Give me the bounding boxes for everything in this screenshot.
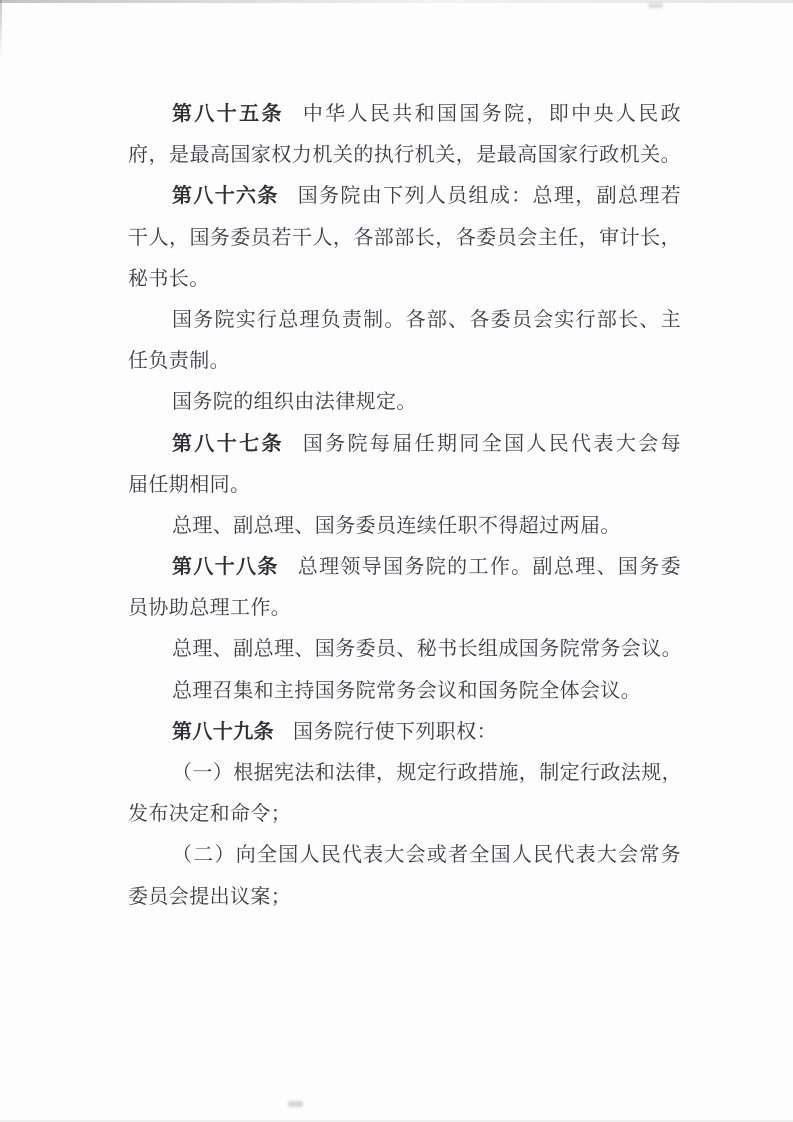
- text-line: 第八十九条国务院行使下列职权：: [128, 712, 681, 753]
- line-text: 干人，国务委员若干人，各部部长，各委员会主任，审计长，: [128, 227, 681, 249]
- scan-edge-top: [0, 0, 793, 3]
- text-line: 委员会提出议案；: [128, 877, 681, 918]
- line-text: 国务院实行总理负责制。各部、各委员会实行部长、主: [172, 309, 681, 331]
- article-number: 第八十六条: [172, 185, 279, 207]
- text-line: （一）根据宪法和法律，规定行政措施，制定行政法规，: [128, 753, 681, 794]
- article-number: 第八十七条: [172, 433, 284, 455]
- line-text: 国务院的组织由法律规定。: [172, 391, 417, 413]
- article-number: 第八十九条: [172, 721, 274, 743]
- text-line: 第八十七条国务院每届任期同全国人民代表大会每: [128, 424, 681, 465]
- line-text: 发布决定和命令；: [128, 803, 291, 825]
- text-line: 秘书长。: [128, 259, 681, 300]
- document-page: 第八十五条中华人民共和国国务院，即中央人民政 府，是最高国家权力机关的执行机关，…: [0, 0, 793, 1122]
- text-line: 任负责制。: [128, 341, 681, 382]
- article-number: 第八十五条: [172, 103, 284, 125]
- article-text-block: 第八十五条中华人民共和国国务院，即中央人民政 府，是最高国家权力机关的执行机关，…: [128, 94, 681, 918]
- text-line: 第八十五条中华人民共和国国务院，即中央人民政: [128, 94, 681, 135]
- line-text: 任负责制。: [128, 350, 230, 372]
- line-text: 国务院由下列人员组成：总理，副总理若: [298, 185, 681, 207]
- line-text: 员协助总理工作。: [128, 597, 291, 619]
- line-text: 总理、副总理、国务委员连续任职不得超过两届。: [172, 515, 621, 537]
- line-text: 委员会提出议案；: [128, 886, 291, 908]
- line-text: 府，是最高国家权力机关的执行机关，是最高国家行政机关。: [128, 144, 681, 166]
- text-line: 总理、副总理、国务委员、秘书长组成国务院常务会议。: [128, 629, 681, 670]
- text-line: 总理、副总理、国务委员连续任职不得超过两届。: [128, 506, 681, 547]
- text-line: 员协助总理工作。: [128, 588, 681, 629]
- scan-smudge-bottom: [288, 1101, 303, 1107]
- line-text: （二）向全国人民代表大会或者全国人民代表大会常务: [172, 844, 681, 866]
- line-text: 国务院行使下列职权：: [293, 721, 497, 743]
- scan-smudge-top: [648, 3, 663, 8]
- text-line: 干人，国务委员若干人，各部部长，各委员会主任，审计长，: [128, 218, 681, 259]
- text-line: 发布决定和命令；: [128, 794, 681, 835]
- text-line: 国务院实行总理负责制。各部、各委员会实行部长、主: [128, 300, 681, 341]
- line-text: 总理、副总理、国务委员、秘书长组成国务院常务会议。: [172, 638, 682, 660]
- line-text: 秘书长。: [128, 268, 210, 290]
- text-line: 国务院的组织由法律规定。: [128, 382, 681, 423]
- text-line: 第八十六条国务院由下列人员组成：总理，副总理若: [128, 176, 681, 217]
- article-number: 第八十八条: [172, 556, 279, 578]
- line-text: 总理召集和主持国务院常务会议和国务院全体会议。: [172, 680, 641, 702]
- line-text: （一）根据宪法和法律，规定行政措施，制定行政法规，: [172, 762, 682, 784]
- text-line: （二）向全国人民代表大会或者全国人民代表大会常务: [128, 835, 681, 876]
- text-line: 府，是最高国家权力机关的执行机关，是最高国家行政机关。: [128, 135, 681, 176]
- line-text: 总理领导国务院的工作。副总理、国务委: [298, 556, 681, 578]
- line-text: 国务院每届任期同全国人民代表大会每: [303, 433, 681, 455]
- text-line: 总理召集和主持国务院常务会议和国务院全体会议。: [128, 671, 681, 712]
- line-text: 中华人民共和国国务院，即中央人民政: [303, 103, 681, 125]
- line-text: 届任期相同。: [128, 474, 250, 496]
- text-line: 届任期相同。: [128, 465, 681, 506]
- text-line: 第八十八条总理领导国务院的工作。副总理、国务委: [128, 547, 681, 588]
- scan-edge-left: [0, 0, 2, 58]
